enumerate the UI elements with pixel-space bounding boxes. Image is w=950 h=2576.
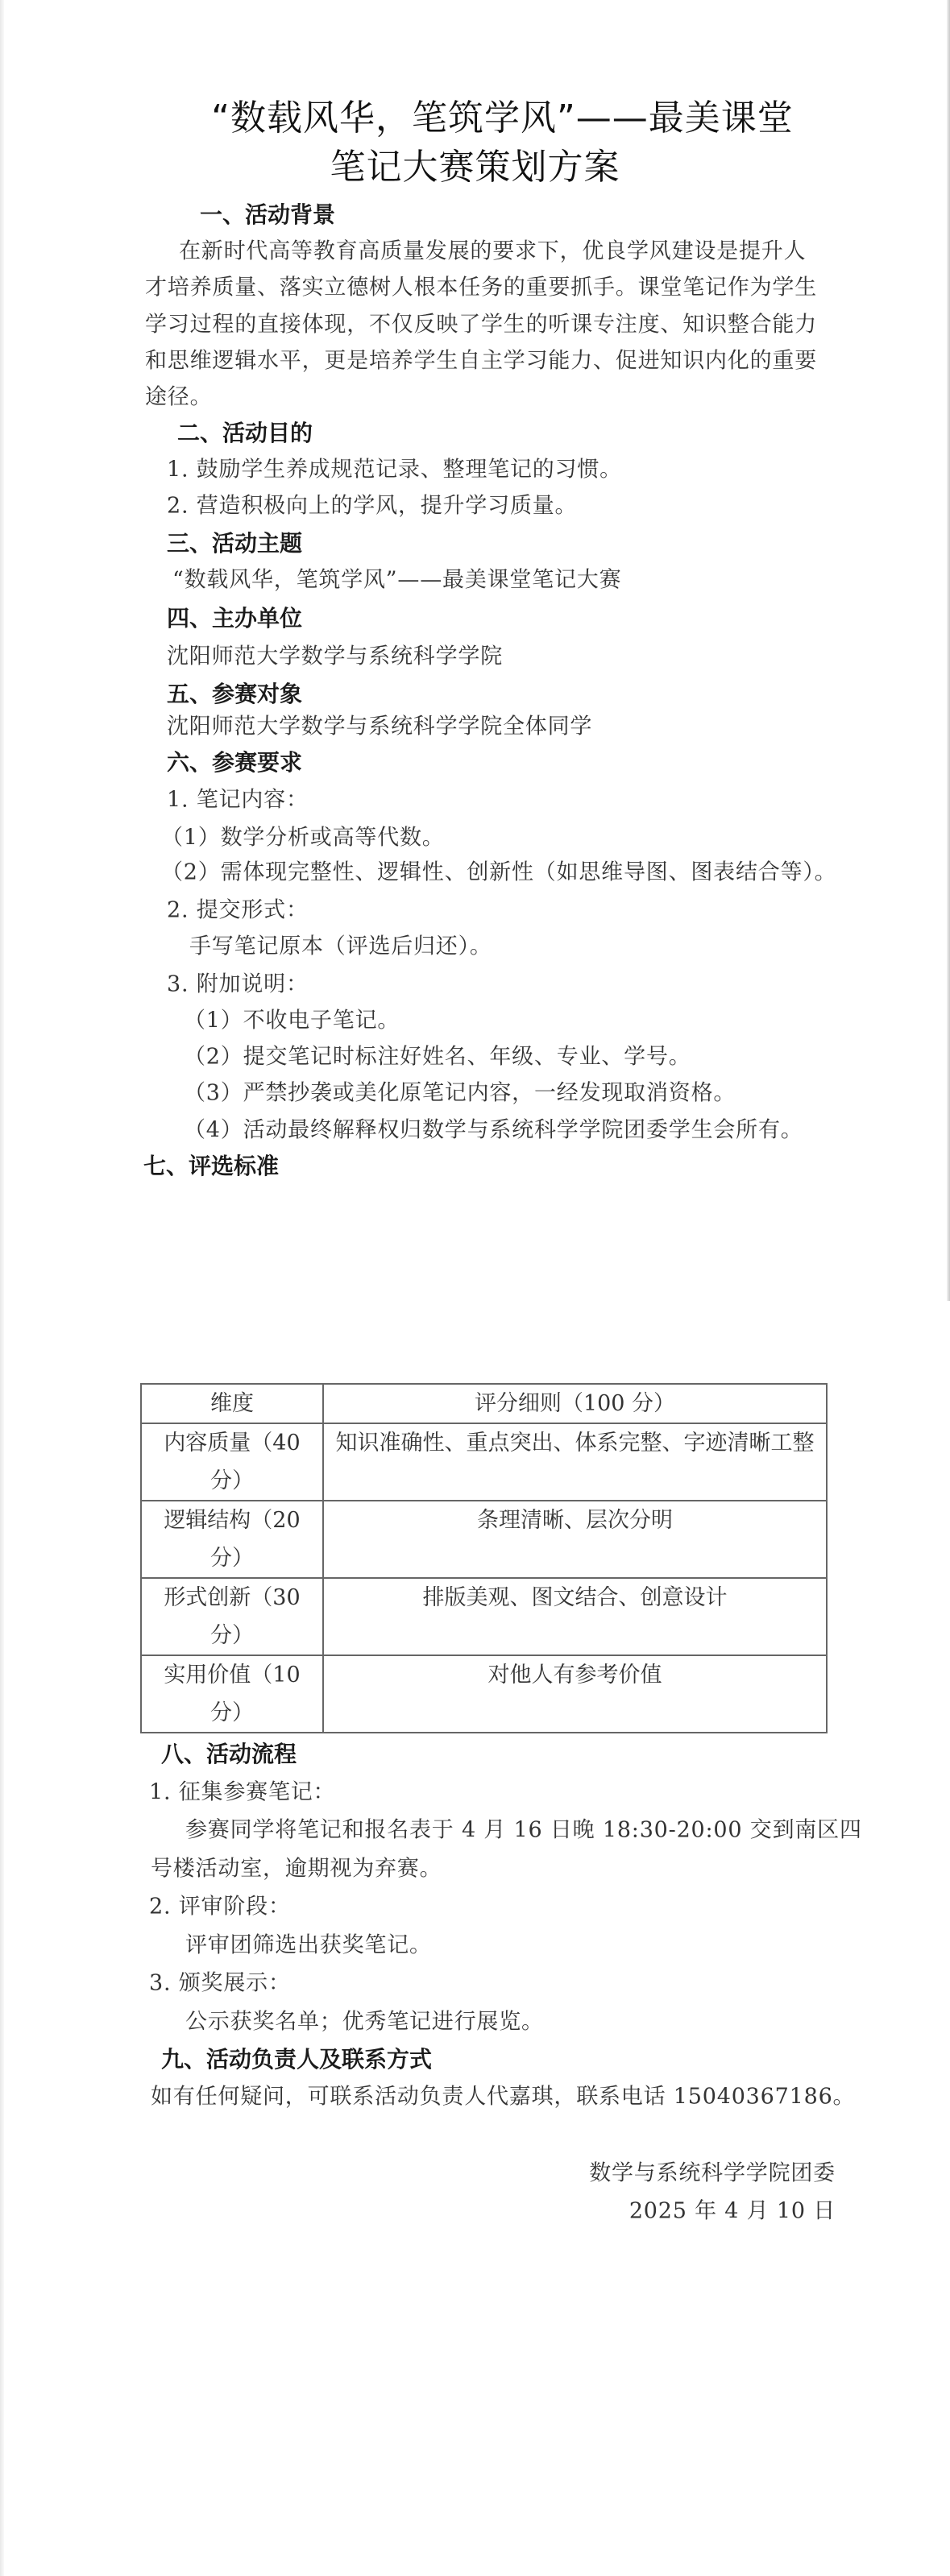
table-cell-dimension: 实用价值（10 分） bbox=[141, 1655, 323, 1733]
table-row: 形式创新（30 分） 排版美观、图文结合、创意设计 bbox=[141, 1578, 827, 1655]
background-paragraph-line: 和思维逻辑水平，更是培养学生自主学习能力、促进知识内化的重要 bbox=[145, 350, 817, 372]
table-cell-detail: 条理清晰、层次分明 bbox=[323, 1501, 827, 1578]
process-step-label: 3. 颁奖展示： bbox=[149, 1973, 291, 1994]
document-title-line-1: “数载风华，笔筑学风”——最美课堂 bbox=[27, 101, 950, 136]
participants-text: 沈阳师范大学数学与系统科学学院全体同学 bbox=[167, 716, 592, 738]
requirement-sub-item: （1）数学分析或高等代数。 bbox=[161, 827, 445, 849]
document-title-line-2: 笔记大赛策划方案 bbox=[0, 150, 950, 185]
requirement-sub-item: （2）提交笔记时标注好姓名、年级、专业、学号。 bbox=[184, 1046, 691, 1068]
section-heading-purpose: 二、活动目的 bbox=[177, 422, 313, 445]
section-heading-contact: 九、活动负责人及联系方式 bbox=[161, 2048, 432, 2071]
requirement-sub-item: （3）严禁抄袭或美化原笔记内容，一经发现取消资格。 bbox=[184, 1083, 736, 1104]
process-step-text: 评审团筛选出获奖笔记。 bbox=[185, 1935, 432, 1957]
theme-text: “数载风华，笔筑学风”——最美课堂笔记大赛 bbox=[172, 569, 621, 591]
purpose-item: 2. 营造积极向上的学风，提升学习质量。 bbox=[167, 495, 577, 517]
section-heading-organizer: 四、主办单位 bbox=[167, 607, 302, 630]
table-cell-detail: 知识准确性、重点突出、体系完整、字迹清晰工整 bbox=[323, 1423, 827, 1501]
signature-organization: 数学与系统科学学院团委 bbox=[589, 2163, 836, 2185]
criteria-table: 维度 评分细则（100 分） 内容质量（40 分） 知识准确性、重点突出、体系完… bbox=[140, 1383, 828, 1733]
table-row: 内容质量（40 分） 知识准确性、重点突出、体系完整、字迹清晰工整 bbox=[141, 1423, 827, 1501]
section-heading-requirements: 六、参赛要求 bbox=[167, 752, 302, 774]
contact-text: 如有任何疑问，可联系活动负责人代嘉琪，联系电话 15040367186。 bbox=[151, 2086, 855, 2108]
section-heading-process: 八、活动流程 bbox=[161, 1743, 297, 1766]
process-step-text: 参赛同学将笔记和报名表于 4 月 16 日晚 18:30-20:00 交到南区四 bbox=[185, 1820, 862, 1841]
requirement-item-label: 2. 提交形式： bbox=[167, 900, 309, 921]
requirement-item-label: 3. 附加说明： bbox=[167, 974, 309, 996]
background-paragraph-line: 才培养质量、落实立德树人根本任务的重要抓手。课堂笔记作为学生 bbox=[145, 277, 817, 299]
requirement-item-label: 1. 笔记内容： bbox=[167, 789, 309, 811]
process-step-text: 号楼活动室，逾期视为弃赛。 bbox=[151, 1858, 442, 1880]
requirement-sub-item: （1）不收电子笔记。 bbox=[184, 1010, 400, 1032]
process-step-label: 1. 征集参赛笔记： bbox=[149, 1782, 335, 1804]
section-heading-criteria: 七、评选标准 bbox=[143, 1155, 279, 1178]
section-heading-background: 一、活动背景 bbox=[200, 204, 335, 226]
page-right-edge bbox=[947, 0, 950, 1301]
table-row: 逻辑结构（20 分） 条理清晰、层次分明 bbox=[141, 1501, 827, 1578]
background-paragraph-line: 在新时代高等教育高质量发展的要求下，优良学风建设是提升人 bbox=[179, 241, 806, 263]
table-cell-dimension: 形式创新（30 分） bbox=[141, 1578, 323, 1655]
table-row: 实用价值（10 分） 对他人有参考价值 bbox=[141, 1655, 827, 1733]
background-paragraph-line: 学习过程的直接体现，不仅反映了学生的听课专注度、知识整合能力 bbox=[145, 314, 817, 336]
table-header-cell: 维度 bbox=[141, 1384, 323, 1423]
process-step-label: 2. 评审阶段： bbox=[149, 1896, 291, 1918]
table-cell-detail: 对他人有参考价值 bbox=[323, 1655, 827, 1733]
requirement-sub-item: （2）需体现完整性、逻辑性、创新性（如思维导图、图表结合等）。 bbox=[161, 862, 836, 884]
page-left-edge bbox=[0, 0, 4, 2576]
table-cell-detail: 排版美观、图文结合、创意设计 bbox=[323, 1578, 827, 1655]
process-step-text: 公示获奖名单；优秀笔记进行展览。 bbox=[185, 2011, 544, 2033]
table-cell-dimension: 逻辑结构（20 分） bbox=[141, 1501, 323, 1578]
section-heading-participants: 五、参赛对象 bbox=[167, 683, 302, 706]
requirement-item-text: 手写笔记原本（评选后归还）。 bbox=[189, 936, 492, 958]
requirement-sub-item: （4）活动最终解释权归数学与系统科学学院团委学生会所有。 bbox=[184, 1120, 803, 1141]
purpose-item: 1. 鼓励学生养成规范记录、整理笔记的习惯。 bbox=[167, 459, 622, 481]
table-cell-dimension: 内容质量（40 分） bbox=[141, 1423, 323, 1501]
organizer-text: 沈阳师范大学数学与系统科学学院 bbox=[167, 646, 503, 668]
table-header-row: 维度 评分细则（100 分） bbox=[141, 1384, 827, 1423]
background-paragraph-line: 途径。 bbox=[145, 387, 212, 408]
table-header-cell: 评分细则（100 分） bbox=[323, 1384, 827, 1423]
signature-date: 2025 年 4 月 10 日 bbox=[629, 2201, 836, 2222]
section-heading-theme: 三、活动主题 bbox=[167, 532, 302, 555]
